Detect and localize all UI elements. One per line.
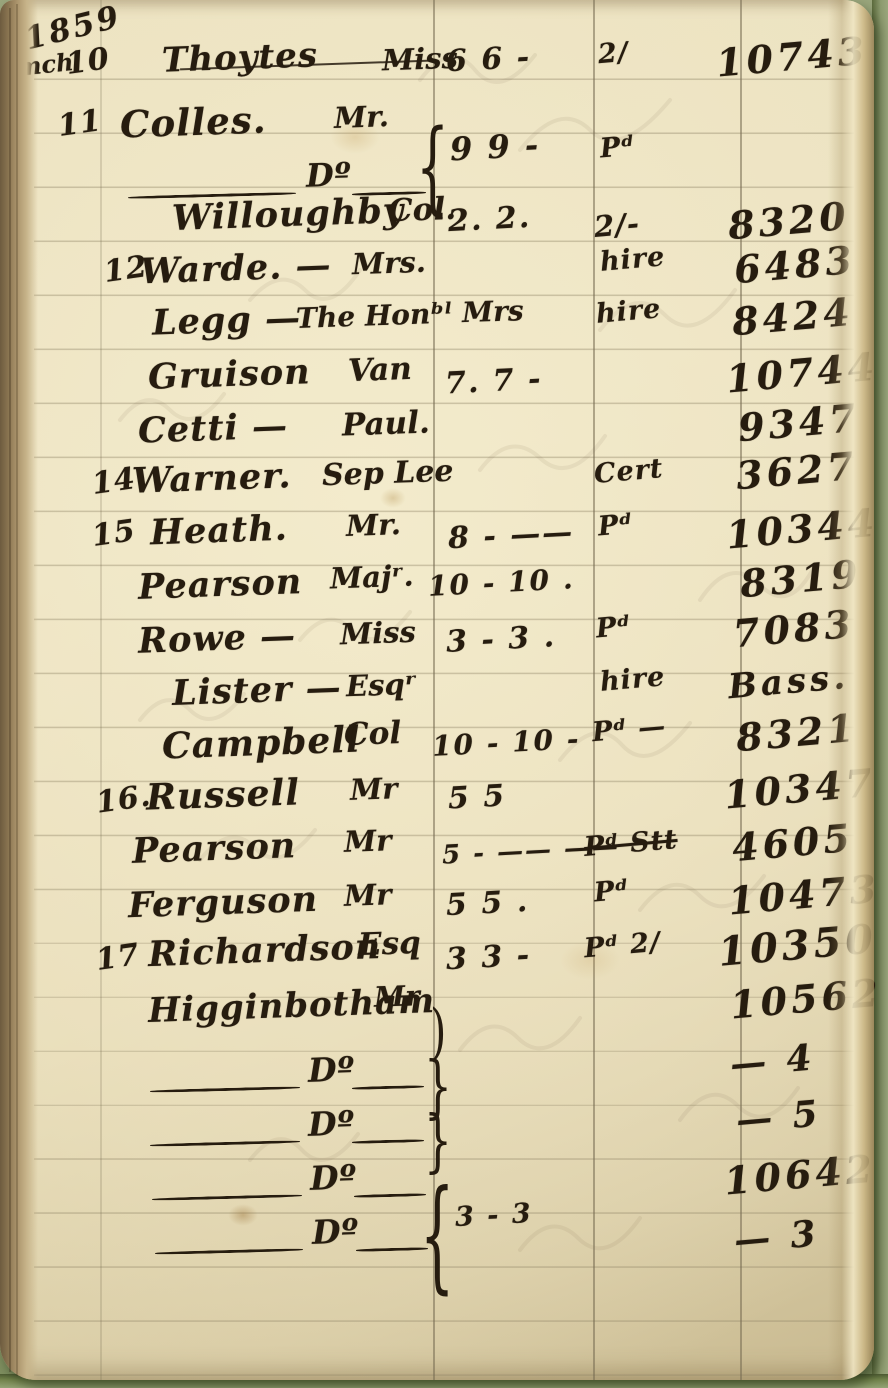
ditto-dash [155, 1248, 303, 1255]
ledger-row: Dº 3 - 3 — 3 [0, 0, 874, 1380]
entry-amount: 3 - 3 [454, 1198, 533, 1233]
entry-number: — 3 [732, 1212, 821, 1261]
binding-edge [0, 0, 38, 1380]
scanned-ledger-photo: 1859 mch 10 Thoytes Miss 6 6 - 2/ 10743 … [0, 0, 888, 1388]
entry-name: Dº [311, 1211, 359, 1252]
page-curl [828, 0, 874, 1380]
ledger-page: 1859 mch 10 Thoytes Miss 6 6 - 2/ 10743 … [0, 0, 874, 1380]
ditto-dash [356, 1247, 428, 1252]
